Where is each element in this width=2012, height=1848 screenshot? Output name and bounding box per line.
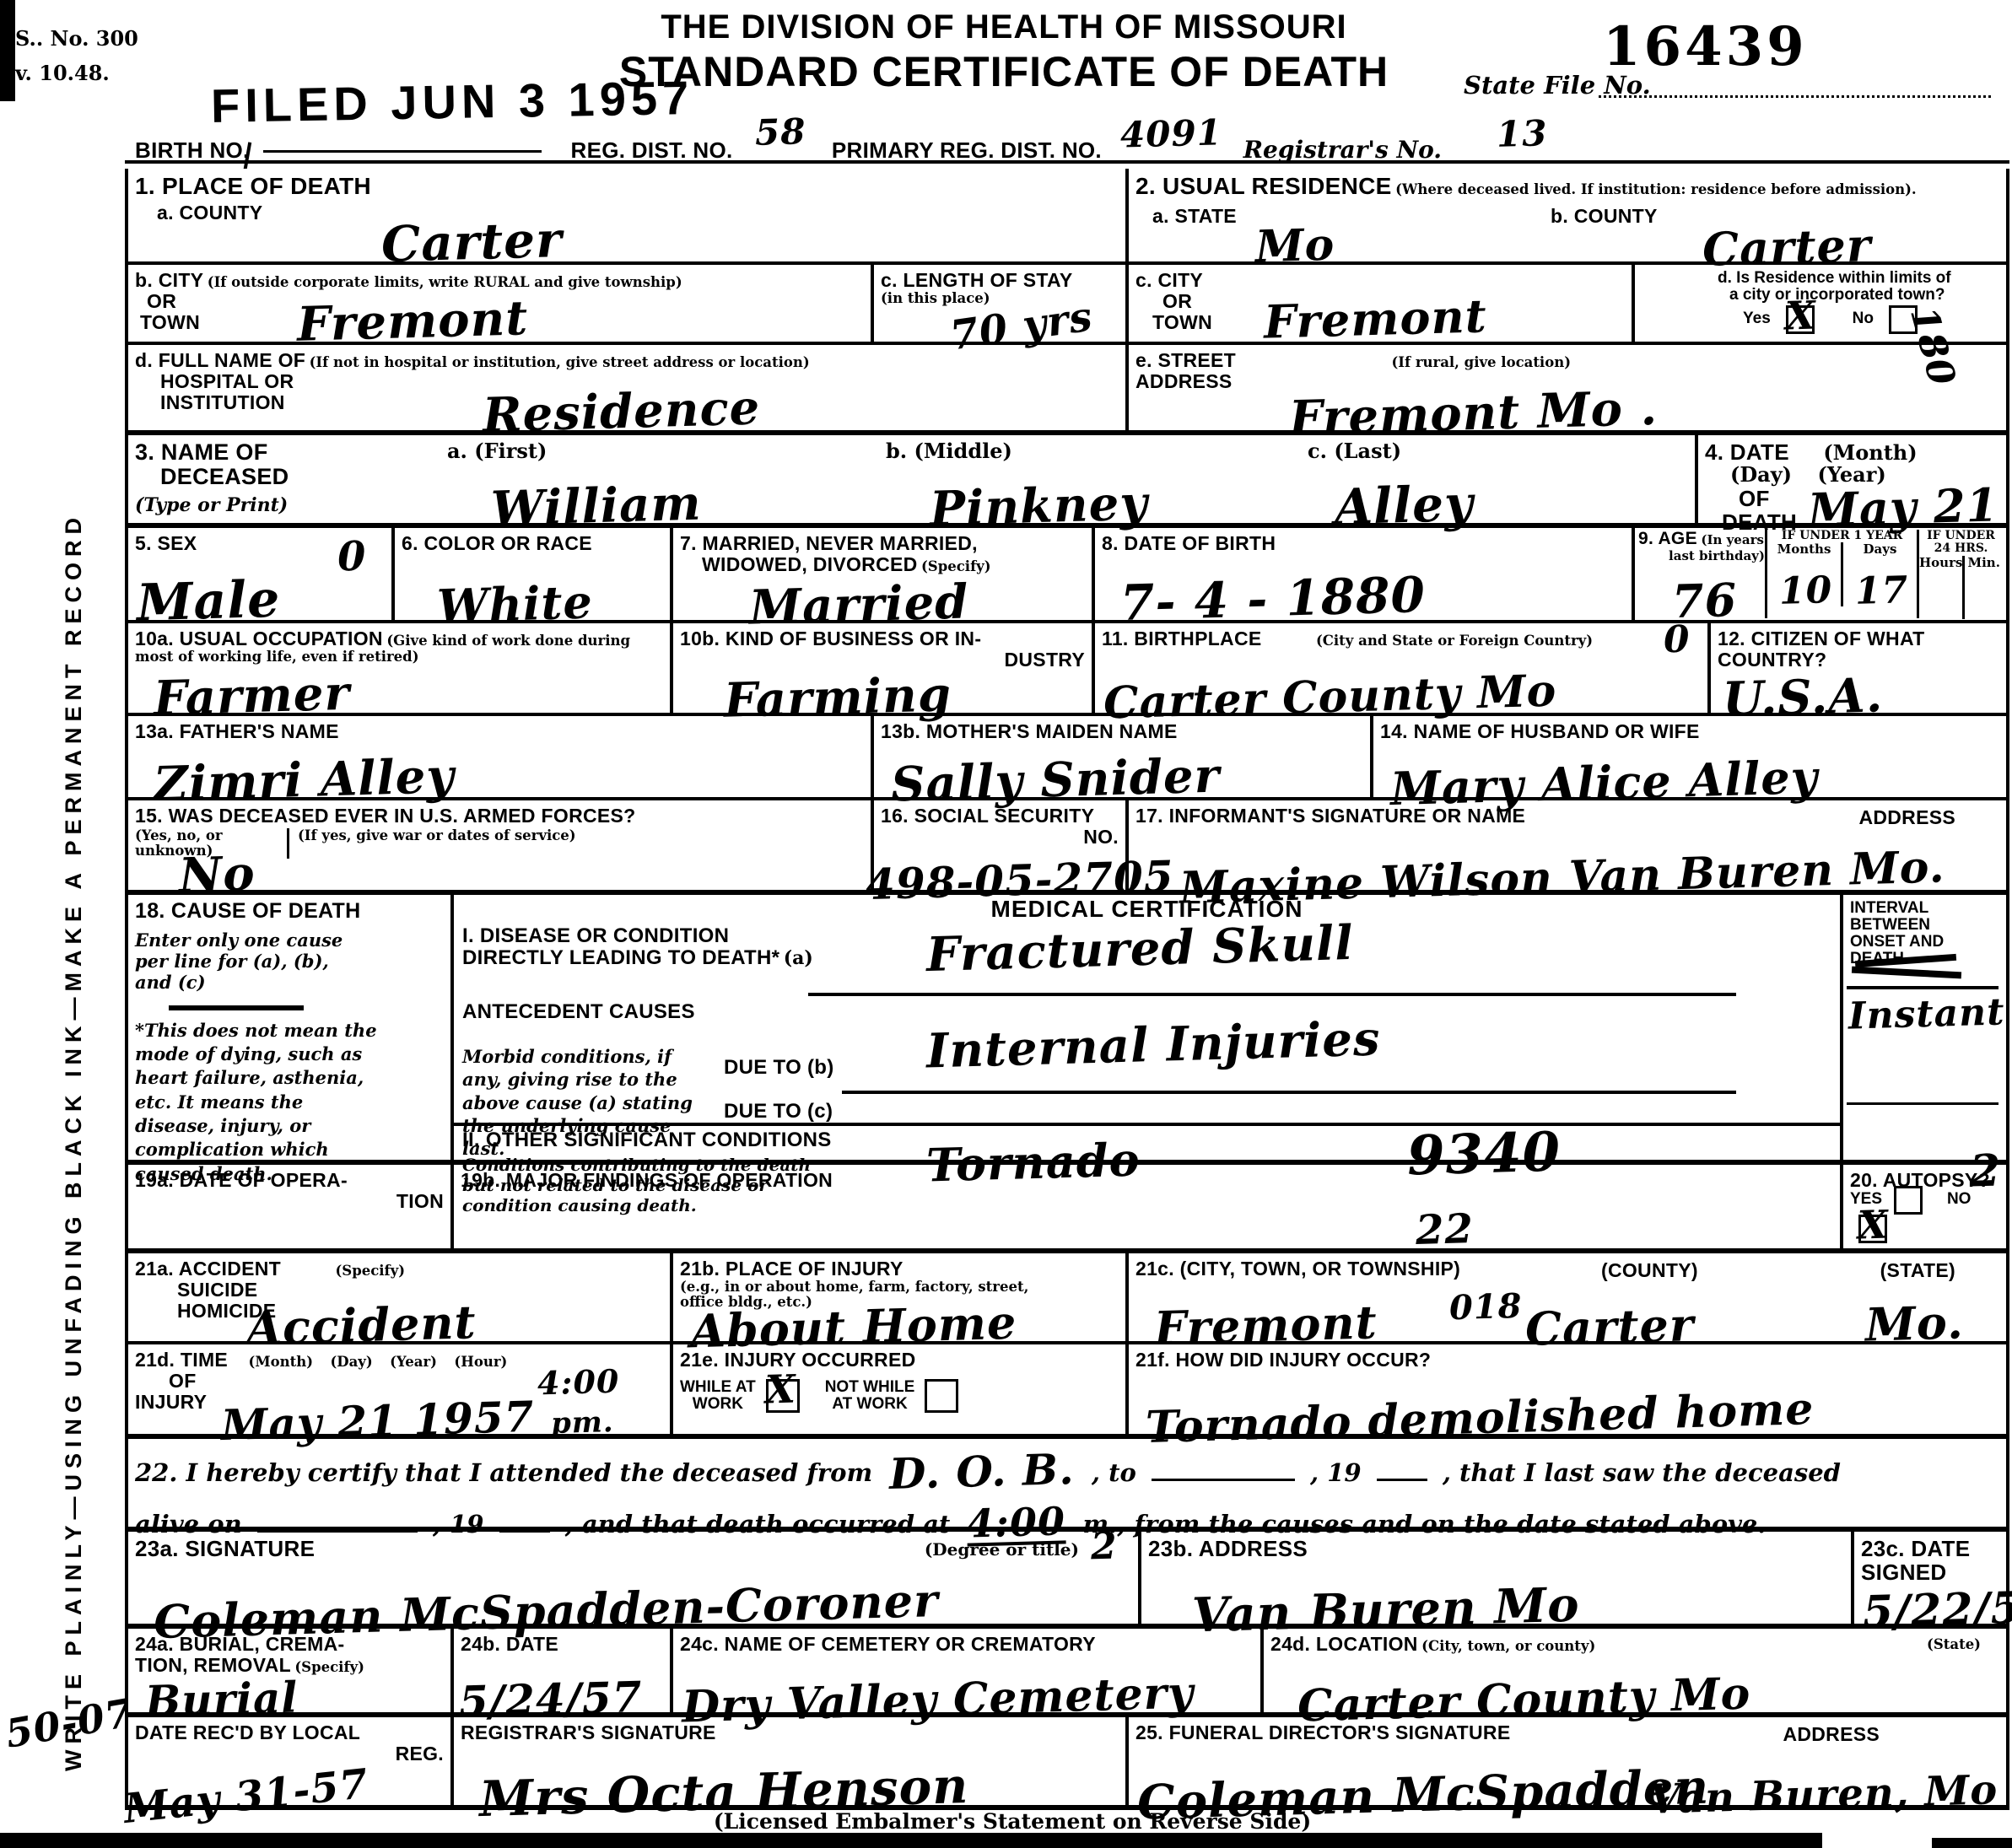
field-res-city: c. CITY OR TOWN Fremont bbox=[1125, 265, 1632, 342]
dob-label: 8. DATE OF BIRTH bbox=[1102, 533, 1625, 554]
field-middle-name: b. (Middle) Pinkney bbox=[879, 435, 1301, 523]
hospital-label-1: d. FULL NAME OF bbox=[135, 349, 305, 371]
antecedent-block: ANTECEDENT CAUSES Morbid conditions, if … bbox=[454, 996, 1840, 1123]
field-sex: 5. SEX Male 0 bbox=[128, 528, 391, 620]
limits-yes-mark: X bbox=[1785, 295, 1817, 335]
accident-label-1: 21a. ACCIDENT bbox=[135, 1258, 281, 1280]
certify-text-2: , to bbox=[1092, 1458, 1136, 1487]
first-name-label: a. (First) bbox=[447, 440, 872, 462]
field-burial-kind: 24a. BURIAL, CREMA- TION, REMOVAL (Speci… bbox=[128, 1629, 450, 1712]
death-certificate-scan: S.. No. 300 v. 10.48. WRITE PLAINLY—USIN… bbox=[0, 0, 2012, 1848]
injury-city-label: 21c. (CITY, TOWN, OR TOWNSHIP) bbox=[1135, 1258, 1460, 1280]
limits-no-label: No bbox=[1853, 310, 1874, 327]
burial-date-label: 24b. DATE bbox=[461, 1634, 663, 1655]
scan-bottom-bar bbox=[0, 1833, 1822, 1848]
age-label: 9. AGE bbox=[1638, 529, 1697, 548]
street-hint: (If rural, give location) bbox=[1391, 354, 1571, 370]
residence-title: 2. USUAL RESIDENCE bbox=[1135, 173, 1392, 199]
degree-label: (Degree or title) bbox=[925, 1540, 1079, 1559]
not-at-work-label-2: AT WORK bbox=[825, 1396, 915, 1413]
limits-label-2: a city or incorporated town? bbox=[1729, 287, 1999, 304]
at-work-mark: X bbox=[764, 1369, 796, 1409]
age-years: 9. AGE (In years last birthday) 76 bbox=[1638, 530, 1765, 618]
date-received-label-2: REG. bbox=[135, 1743, 444, 1764]
interval-line-2 bbox=[1847, 1102, 1999, 1105]
injury-state-label: (STATE) bbox=[1880, 1260, 1955, 1281]
field-citizen: 12. CITIZEN OF WHAT COUNTRY? U.S.A. bbox=[1707, 623, 2006, 713]
autopsy-no-label: NO bbox=[1947, 1190, 1972, 1208]
field-cemetery: 24c. NAME OF CEMETERY OR CREMATORY Dry V… bbox=[670, 1629, 1260, 1712]
scan-bottom-bar-2 bbox=[1932, 1838, 2012, 1848]
field-birthplace: 11. BIRTHPLACE (City and State or Foreig… bbox=[1092, 623, 1707, 713]
autopsy-no-mark: X bbox=[1857, 1204, 1889, 1244]
field-ssn: 16. SOCIAL SECURITY NO. 498-05-2705 bbox=[871, 800, 1125, 890]
res-state-label: a. STATE bbox=[1152, 206, 1237, 227]
ssn-label-1: 16. SOCIAL SECURITY bbox=[881, 805, 1119, 827]
accident-value: Accident bbox=[245, 1299, 477, 1351]
field-time-of-injury: 21d. TIME (Month) (Day) (Year) (Hour) OF… bbox=[128, 1344, 670, 1434]
stay-hint: (in this place) bbox=[881, 290, 990, 306]
field-how-injury-occurred: 21f. HOW DID INJURY OCCUR? Tornado demol… bbox=[1125, 1344, 2006, 1434]
row-15: 24a. BURIAL, CREMA- TION, REMOVAL (Speci… bbox=[128, 1624, 2006, 1712]
res-city-value: Fremont bbox=[1263, 293, 1487, 344]
date-received-value: May 31-57 bbox=[121, 1764, 370, 1829]
row-16: DATE REC'D BY LOCAL REG. May 31-57 REGIS… bbox=[128, 1712, 2006, 1805]
checkbox-while-at-work: X bbox=[766, 1379, 800, 1413]
field-autopsy: 20. AUTOPSY? 2 YES NO X bbox=[1840, 1165, 2006, 1248]
months-label: Months bbox=[1767, 542, 1841, 557]
time-hour-label: (Hour) bbox=[454, 1354, 507, 1370]
days-label: Days bbox=[1843, 542, 1917, 557]
marital-hint: (Specify) bbox=[921, 558, 991, 574]
first-name-value: William bbox=[490, 480, 702, 533]
time-hour-m: pm. bbox=[551, 1408, 615, 1438]
registrar-no-value: 13 bbox=[1496, 116, 1548, 153]
field-operation-date: 19a. DATE OF OPERA- TION bbox=[128, 1165, 450, 1248]
checkbox-not-while-at-work bbox=[925, 1379, 958, 1413]
cause-note-1: Enter only one cause per line for (a), (… bbox=[135, 929, 371, 994]
injury-county-label: (COUNTY) bbox=[1601, 1260, 1698, 1281]
limits-label-1: d. Is Residence within limits of bbox=[1718, 270, 1999, 287]
how-injury-label: 21f. HOW DID INJURY OCCUR? bbox=[1135, 1350, 1999, 1371]
birthplace-stray-mark: 0 bbox=[1664, 622, 1691, 660]
stay-label: c. LENGTH OF STAY bbox=[881, 270, 1119, 291]
row-14: 23a. SIGNATURE (Degree or title) 2 Colem… bbox=[128, 1527, 2006, 1624]
row-13-certify: 22. I hereby certify that I attended the… bbox=[128, 1434, 2006, 1527]
row-1: 1. PLACE OF DEATH a. COUNTY Carter 2. US… bbox=[128, 169, 2006, 261]
ssn-value: 498-05-2705 bbox=[865, 855, 1174, 906]
age-days: Days 17 bbox=[1843, 542, 1917, 606]
due-b-label: DUE TO (b) bbox=[724, 1057, 834, 1079]
burial-label-1: 24a. BURIAL, CREMA- bbox=[135, 1634, 444, 1655]
field-medical-certification: MEDICAL CERTIFICATION I. DISEASE OR COND… bbox=[450, 895, 1840, 1160]
dob-value: 7- 4 - 1880 bbox=[1119, 570, 1426, 628]
row-5: 5. SEX Male 0 6. COLOR OR RACE White 7. … bbox=[128, 523, 2006, 620]
last-name-value: Alley bbox=[1334, 479, 1474, 532]
name-label-2: DECEASED bbox=[160, 465, 434, 489]
checkbox-autopsy-yes bbox=[1894, 1186, 1923, 1215]
dod-label-1: 4. DATE bbox=[1705, 439, 1789, 465]
operation-date-label-2: TION bbox=[135, 1191, 444, 1212]
cause-note-divider bbox=[169, 1005, 304, 1010]
burial-value: Burial bbox=[144, 1676, 299, 1722]
res-city-label: c. CITY bbox=[1135, 269, 1203, 291]
age-under-1-year: IF UNDER 1 YEAR Months 10 Days 17 bbox=[1765, 530, 1917, 618]
operation-date-label-1: 19a. DATE OF OPERA- bbox=[135, 1170, 444, 1191]
field-burial-location: 24d. LOCATION (City, town, or county) (S… bbox=[1260, 1629, 2006, 1712]
forces-label: 15. WAS DECEASED EVER IN U.S. ARMED FORC… bbox=[135, 805, 864, 827]
age-min: Min. bbox=[1965, 556, 2003, 620]
date-received-label-1: DATE REC'D BY LOCAL bbox=[135, 1722, 444, 1743]
state-file-line bbox=[1599, 66, 1991, 98]
field-burial-date: 24b. DATE 5/24/57 bbox=[450, 1629, 670, 1712]
pod-county-label: a. COUNTY bbox=[157, 202, 1119, 224]
pod-city-label: b. CITY bbox=[135, 269, 203, 291]
injury-state-value: Mo. bbox=[1865, 1299, 1965, 1347]
cemetery-label: 24c. NAME OF CEMETERY OR CREMATORY bbox=[680, 1634, 1254, 1655]
due-b-value: Internal Injuries bbox=[925, 1016, 1381, 1075]
under-1-year-label: IF UNDER 1 YEAR bbox=[1767, 530, 1917, 542]
row-7: 13a. FATHER'S NAME Zimri Alley 13b. MOTH… bbox=[128, 713, 2006, 797]
age-hint-1: (In years bbox=[1701, 532, 1764, 547]
birth-no-label: BIRTH NO. bbox=[135, 137, 250, 163]
cause-note-2: *This does not mean the mode of dying, s… bbox=[135, 1019, 388, 1186]
disease-line: I. DISEASE OR CONDITION DIRECTLY LEADING… bbox=[454, 922, 1840, 996]
findings-stray-mark: 22 bbox=[1415, 1209, 1474, 1251]
field-street-address: e. STREET (If rural, give location) ADDR… bbox=[1125, 345, 2006, 430]
margin-instruction-text: WRITE PLAINLY—USING UNFADING BLACK INK—M… bbox=[61, 202, 87, 1771]
field-date-received: DATE REC'D BY LOCAL REG. May 31-57 bbox=[128, 1717, 450, 1805]
sex-value: Male bbox=[136, 574, 281, 629]
date-signed-value: 5/22/57 bbox=[1862, 1586, 2012, 1635]
field-signature-address: 23b. ADDRESS Van Buren Mo bbox=[1138, 1532, 1851, 1624]
res-county-label: b. COUNTY bbox=[1551, 206, 1658, 227]
time-day-label: (Day) bbox=[330, 1354, 372, 1370]
field-injury-occurred: 21e. INJURY OCCURRED WHILE AT WORK X NOT… bbox=[670, 1344, 1125, 1434]
occupation-label: 10a. USUAL OCCUPATION bbox=[135, 628, 383, 649]
place-of-death-title: 1. PLACE OF DEATH bbox=[135, 174, 1119, 199]
agency-title: THE DIVISION OF HEALTH OF MISSOURI bbox=[472, 8, 1535, 46]
injury-occurred-label: 21e. INJURY OCCURRED bbox=[680, 1350, 1119, 1371]
age-under-24-hrs: IF UNDER 24 HRS. Hours Min. bbox=[1917, 530, 2003, 618]
sex-stray-mark: 0 bbox=[337, 536, 367, 578]
injury-city-value: Fremont bbox=[1153, 1299, 1378, 1350]
interval-label-1: INTERVAL BETWEEN bbox=[1850, 900, 1999, 934]
months-value: 10 bbox=[1778, 572, 1832, 611]
occupation-value: Farmer bbox=[153, 670, 350, 722]
disease-a-label: (a) bbox=[784, 947, 813, 969]
row-6: 10a. USUAL OCCUPATION (Give kind of work… bbox=[128, 620, 2006, 713]
filed-stamp: FILED JUN 3 1957 bbox=[210, 70, 693, 133]
margin-handwritten-note: 50-07 bbox=[3, 1693, 136, 1754]
certify-text-1: 22. I hereby certify that I attended the… bbox=[135, 1458, 872, 1487]
field-mother-name: 13b. MOTHER'S MAIDEN NAME Sally Snider bbox=[871, 716, 1370, 797]
field-usual-residence: 2. USUAL RESIDENCE (Where deceased lived… bbox=[1125, 169, 2006, 261]
field-cause-of-death-sidebar: 18. CAUSE OF DEATH Enter only one cause … bbox=[128, 895, 450, 1160]
race-label: 6. COLOR OR RACE bbox=[402, 533, 663, 554]
registrar-label: REGISTRAR'S SIGNATURE bbox=[461, 1722, 1119, 1743]
hospital-value: Residence bbox=[482, 384, 761, 439]
informant-label: 17. INFORMANT'S SIGNATURE OR NAME bbox=[1135, 805, 1525, 827]
field-date-signed: 23c. DATE SIGNED 5/22/57 bbox=[1851, 1532, 2006, 1624]
res-state-value: Mo bbox=[1254, 224, 1335, 270]
row-12: 21d. TIME (Month) (Day) (Year) (Hour) OF… bbox=[128, 1341, 2006, 1434]
dod-day-label: (Day) bbox=[1730, 462, 1792, 487]
time-injury-label-1: 21d. TIME bbox=[135, 1349, 228, 1371]
street-value: Fremont Mo . bbox=[1288, 385, 1658, 442]
field-father-name: 13a. FATHER'S NAME Zimri Alley bbox=[128, 716, 871, 797]
name-label-1: 3. NAME OF bbox=[135, 440, 434, 465]
field-signature: 23a. SIGNATURE (Degree or title) 2 Colem… bbox=[128, 1532, 1138, 1624]
field-informant: 17. INFORMANT'S SIGNATURE OR NAME ADDRES… bbox=[1125, 800, 2006, 890]
field-date-of-death: 4. DATE (Month) (Day) (Year) OF DEATH Ma… bbox=[1695, 435, 2006, 523]
field-hospital: d. FULL NAME OF (If not in hospital or i… bbox=[128, 345, 1125, 430]
age-value: 76 bbox=[1671, 577, 1738, 624]
form-number-block: S.. No. 300 v. 10.48. bbox=[15, 22, 138, 91]
middle-name-label: b. (Middle) bbox=[886, 440, 1294, 462]
time-hour-value: 4:00 bbox=[537, 1366, 619, 1400]
row-10: 19a. DATE OF OPERA- TION 19b. MAJOR FIND… bbox=[128, 1160, 2006, 1248]
field-accident-kind: 21a. ACCIDENT (Specify) SUICIDE HOMICIDE… bbox=[128, 1253, 670, 1341]
spouse-label: 14. NAME OF HUSBAND OR WIFE bbox=[1380, 721, 1999, 742]
field-length-of-stay: c. LENGTH OF STAY (in this place) 70 yrs bbox=[871, 265, 1125, 342]
age-hint-2: last birthday) bbox=[1638, 549, 1765, 563]
hours-label: Hours bbox=[1919, 556, 1962, 570]
checkbox-limits-yes: X bbox=[1786, 305, 1815, 334]
field-registrar-signature: REGISTRAR'S SIGNATURE Mrs Octa Henson bbox=[450, 1717, 1125, 1805]
interval-line-1 bbox=[1847, 986, 1999, 989]
scan-edge-mark bbox=[0, 0, 15, 101]
field-marital-status: 7. MARRIED, NEVER MARRIED, WIDOWED, DIVO… bbox=[670, 528, 1092, 620]
time-year-label: (Year) bbox=[390, 1354, 437, 1370]
due-c-label: DUE TO (c) bbox=[724, 1101, 833, 1123]
dod-value: May 21 1957 bbox=[1807, 477, 2012, 532]
birthplace-label: 11. BIRTHPLACE bbox=[1102, 628, 1262, 649]
funeral-director-address-value: Van Buren, Mo bbox=[1648, 1770, 1998, 1820]
signature-label: 23a. SIGNATURE bbox=[135, 1536, 315, 1561]
certify-text-3: , 19 bbox=[1310, 1458, 1362, 1487]
certify-from-value: D. O. B. bbox=[889, 1448, 1076, 1495]
citizen-label-1: 12. CITIZEN OF WHAT bbox=[1718, 628, 1999, 649]
funeral-director-label: 25. FUNERAL DIRECTOR'S SIGNATURE bbox=[1135, 1721, 1510, 1743]
at-work-label-1: WHILE AT bbox=[680, 1379, 756, 1396]
degree-stray-mark: 2 bbox=[1091, 1528, 1119, 1566]
pod-city-hint: (If outside corporate limits, write RURA… bbox=[208, 274, 682, 290]
at-work-label-2: WORK bbox=[680, 1396, 756, 1413]
due-b-underline bbox=[842, 1091, 1736, 1094]
burial-date-value: 5/24/57 bbox=[458, 1676, 643, 1723]
signature-address-label: 23b. ADDRESS bbox=[1148, 1537, 1844, 1560]
age-months: Months 10 bbox=[1767, 542, 1843, 606]
under-24-label: IF UNDER 24 HRS. bbox=[1919, 530, 2003, 556]
forces-value: No bbox=[178, 850, 256, 900]
birthplace-hint: (City and State or Foreign Country) bbox=[1316, 633, 1593, 649]
burial-location-label: 24d. LOCATION bbox=[1270, 1633, 1418, 1655]
name-label-3: (Type or Print) bbox=[135, 494, 434, 516]
field-first-name: a. (First) William bbox=[440, 435, 879, 523]
field-name-label: 3. NAME OF DECEASED (Type or Print) bbox=[128, 435, 440, 523]
time-month-label: (Month) bbox=[249, 1354, 314, 1370]
field-spouse-name: 14. NAME OF HUSBAND OR WIFE Mary Alice A… bbox=[1370, 716, 2006, 797]
field-business: 10b. KIND OF BUSINESS OR IN- DUSTRY Farm… bbox=[670, 623, 1092, 713]
age-hours: Hours bbox=[1919, 556, 1965, 620]
field-last-name: c. (Last) Alley bbox=[1301, 435, 1695, 523]
row-11: 21a. ACCIDENT (Specify) SUICIDE HOMICIDE… bbox=[128, 1248, 2006, 1341]
form-number-line2: v. 10.48. bbox=[15, 57, 138, 91]
accident-hint: (Specify) bbox=[335, 1263, 405, 1279]
row-4: 3. NAME OF DECEASED (Type or Print) a. (… bbox=[128, 430, 2006, 523]
field-place-of-death: 1. PLACE OF DEATH a. COUNTY Carter bbox=[128, 169, 1125, 261]
row-3: d. FULL NAME OF (If not in hospital or i… bbox=[128, 342, 2006, 430]
injury-stray-mark: 018 bbox=[1448, 1290, 1523, 1325]
row-2: b. CITY (If outside corporate limits, wr… bbox=[128, 261, 2006, 342]
field-occupation: 10a. USUAL OCCUPATION (Give kind of work… bbox=[128, 623, 670, 713]
field-injury-location: 21c. (CITY, TOWN, OR TOWNSHIP) (COUNTY) … bbox=[1125, 1253, 2006, 1341]
field-interval: INTERVAL BETWEEN ONSET AND DEATH Instant bbox=[1840, 895, 2006, 1160]
disease-value: Fractured Skull bbox=[925, 919, 1354, 978]
primary-reg-value: 4091 bbox=[1120, 115, 1223, 153]
field-place-of-injury: 21b. PLACE OF INJURY (e.g., in or about … bbox=[670, 1253, 1125, 1341]
disease-label-2: DIRECTLY LEADING TO DEATH* bbox=[462, 946, 779, 969]
hospital-hint: (If not in hospital or institution, give… bbox=[310, 354, 810, 370]
reg-dist-value: 58 bbox=[754, 114, 806, 151]
business-label-2: DUSTRY bbox=[680, 649, 1085, 671]
informant-address-label: ADDRESS bbox=[1858, 807, 1955, 828]
last-name-label: c. (Last) bbox=[1308, 440, 1688, 462]
business-label-1: 10b. KIND OF BUSINESS OR IN- bbox=[680, 628, 1085, 649]
field-age: 9. AGE (In years last birthday) 76 IF UN… bbox=[1632, 528, 2006, 620]
cause-label: 18. CAUSE OF DEATH bbox=[135, 900, 444, 923]
race-value: White bbox=[436, 579, 593, 628]
citizen-label-2: COUNTRY? bbox=[1718, 649, 1999, 671]
funeral-director-address-label: ADDRESS bbox=[1783, 1724, 1880, 1745]
embalmer-note: (Licensed Embalmer's Statement on Revers… bbox=[506, 1810, 1518, 1834]
header-divider bbox=[125, 160, 2009, 164]
days-value: 17 bbox=[1854, 572, 1908, 611]
interval-value: Instant bbox=[1847, 994, 2005, 1035]
field-operation-findings: 19b. MAJOR FINDINGS OF OPERATION 22 bbox=[450, 1165, 1840, 1248]
row-8: 15. WAS DECEASED EVER IN U.S. ARMED FORC… bbox=[128, 797, 2006, 890]
residence-title-hint: (Where deceased lived. If institution: r… bbox=[1395, 181, 1917, 197]
burial-hint: (Specify) bbox=[294, 1659, 364, 1675]
strikethrough-scribble-2 bbox=[1852, 967, 1961, 979]
middle-name-value: Pinkney bbox=[929, 479, 1148, 532]
field-date-of-birth: 8. DATE OF BIRTH 7- 4 - 1880 bbox=[1092, 528, 1632, 620]
reg-dist-label: REG. DIST. NO. bbox=[571, 137, 733, 163]
other-conditions-label: II. OTHER SIGNIFICANT CONDITIONS bbox=[462, 1129, 1831, 1151]
street-label-1: e. STREET bbox=[1135, 349, 1236, 371]
certificate-form: 1. PLACE OF DEATH a. COUNTY Carter 2. US… bbox=[125, 169, 2009, 1810]
pod-county-value: Carter bbox=[380, 215, 563, 269]
forces-hint-2: (If yes, give war or dates of service) bbox=[287, 828, 576, 859]
mother-label: 13b. MOTHER'S MAIDEN NAME bbox=[881, 721, 1363, 742]
limits-yes-label: Yes bbox=[1743, 310, 1771, 327]
father-label: 13a. FATHER'S NAME bbox=[135, 721, 864, 742]
place-of-injury-label: 21b. PLACE OF INJURY bbox=[680, 1258, 904, 1280]
primary-reg-label: PRIMARY REG. DIST. NO. bbox=[832, 137, 1102, 163]
findings-label: 19b. MAJOR FINDINGS OF OPERATION bbox=[461, 1170, 1833, 1191]
ssn-label-2: NO. bbox=[881, 827, 1119, 848]
field-race: 6. COLOR OR RACE White bbox=[391, 528, 670, 620]
pod-city-value: Fremont bbox=[296, 294, 529, 348]
burial-state-hint: (State) bbox=[1927, 1637, 1981, 1652]
not-at-work-label-1: NOT WHILE bbox=[825, 1379, 915, 1396]
form-number-line1: S.. No. 300 bbox=[15, 22, 138, 57]
min-label: Min. bbox=[1965, 556, 2003, 570]
dod-month-label: (Month) bbox=[1823, 440, 1917, 465]
field-certify-statement: 22. I hereby certify that I attended the… bbox=[128, 1439, 2006, 1527]
field-armed-forces: 15. WAS DECEASED EVER IN U.S. ARMED FORC… bbox=[128, 800, 871, 890]
burial-location-hint: (City, town, or county) bbox=[1421, 1638, 1595, 1654]
date-signed-label: 23c. DATE SIGNED bbox=[1861, 1537, 1999, 1584]
row-9-medical-certification: 18. CAUSE OF DEATH Enter only one cause … bbox=[128, 890, 2006, 1160]
field-pod-city: b. CITY (If outside corporate limits, wr… bbox=[128, 265, 871, 342]
certify-text-4: , that I last saw the deceased bbox=[1443, 1458, 1841, 1487]
marital-label-1: 7. MARRIED, NEVER MARRIED, bbox=[680, 533, 1085, 554]
field-funeral-director: 25. FUNERAL DIRECTOR'S SIGNATURE ADDRESS… bbox=[1125, 1717, 2006, 1805]
checkbox-autopsy-no: X bbox=[1858, 1215, 1887, 1243]
marital-label-2: WIDOWED, DIVORCED bbox=[702, 553, 918, 575]
